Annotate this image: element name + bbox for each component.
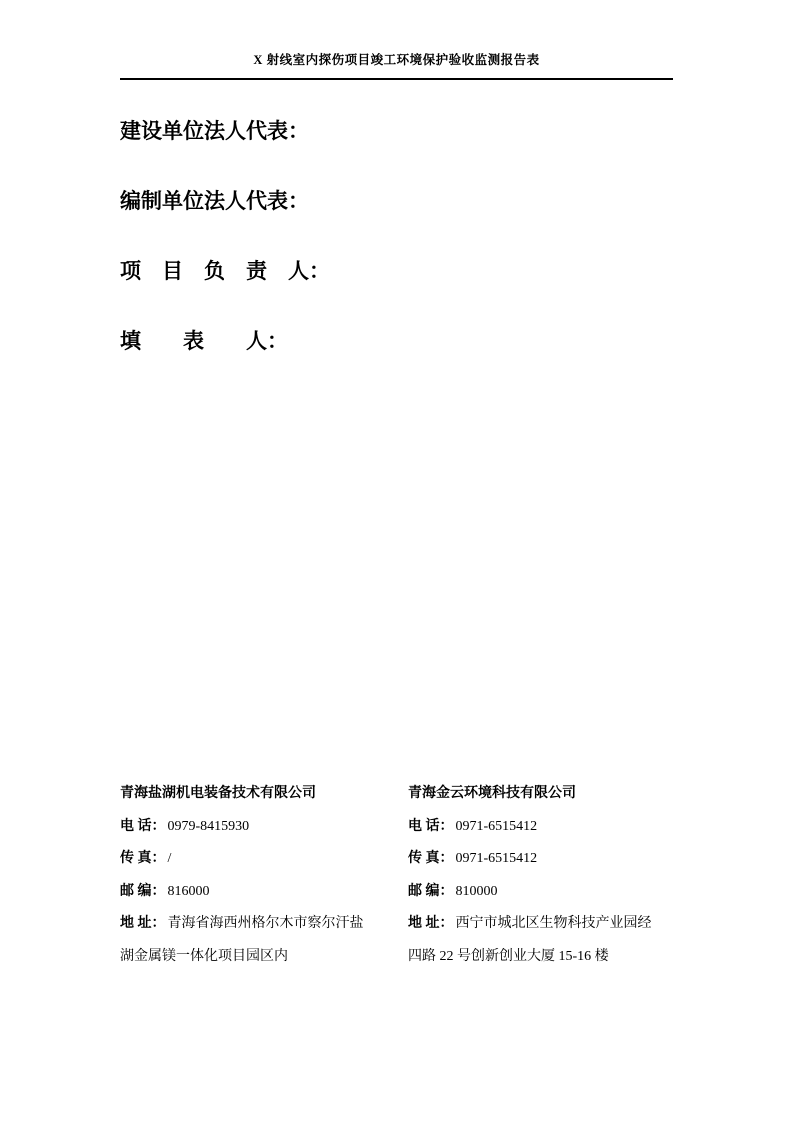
right-zip-label: 邮 编： (408, 884, 454, 899)
right-address-label: 地 址： (408, 916, 454, 931)
left-phone-label: 电 话： (120, 819, 166, 834)
project-leader-label: 项 目 负 责 人： (120, 260, 330, 283)
right-address-line1: 地 址：西宁市城北区生物科技产业园经 (408, 908, 678, 941)
right-fax-value: 0971-6515412 (456, 851, 538, 866)
contact-block-left: 青海盐湖机电装备技术有限公司 电 话：0979-8415930 传 真：/ 邮 … (120, 778, 406, 973)
left-company-name: 青海盐湖机电装备技术有限公司 (120, 778, 406, 811)
right-address-line2: 四路 22 号创新创业大厦 15-16 楼 (408, 941, 678, 974)
form-filler-label: 填 表 人： (120, 330, 330, 353)
left-address-label: 地 址： (120, 916, 166, 931)
left-zip-value: 816000 (168, 884, 210, 899)
left-fax-line: 传 真：/ (120, 843, 406, 876)
right-fax-label: 传 真： (408, 851, 454, 866)
left-fax-value: / (168, 851, 172, 866)
left-zip-label: 邮 编： (120, 884, 166, 899)
right-address-value-2: 四路 22 号创新创业大厦 15-16 楼 (408, 949, 609, 964)
signature-block: 建设单位法人代表： 编制单位法人代表： 项 目 负 责 人： 填 表 人： (120, 120, 330, 400)
document-page: X 射线室内探伤项目竣工环境保护验收监测报告表 建设单位法人代表： 编制单位法人… (0, 0, 793, 1122)
left-address-line1: 地 址：青海省海西州格尔木市察尔汗盐 (120, 908, 406, 941)
left-address-value-2: 湖金属镁一体化项目园区内 (120, 949, 288, 964)
right-company-name: 青海金云环境科技有限公司 (408, 778, 678, 811)
construction-legal-rep-label: 建设单位法人代表： (120, 120, 330, 143)
left-phone-value: 0979-8415930 (168, 819, 250, 834)
right-phone-value: 0971-6515412 (456, 819, 538, 834)
left-zip-line: 邮 编：816000 (120, 876, 406, 909)
left-address-value-1: 青海省海西州格尔木市察尔汗盐 (168, 916, 364, 931)
right-phone-label: 电 话： (408, 819, 454, 834)
left-phone-line: 电 话：0979-8415930 (120, 811, 406, 844)
contact-block-right: 青海金云环境科技有限公司 电 话：0971-6515412 传 真：0971-6… (408, 778, 678, 973)
left-fax-label: 传 真： (120, 851, 166, 866)
right-zip-line: 邮 编：810000 (408, 876, 678, 909)
right-fax-line: 传 真：0971-6515412 (408, 843, 678, 876)
compilation-legal-rep-label: 编制单位法人代表： (120, 190, 330, 213)
left-address-line2: 湖金属镁一体化项目园区内 (120, 941, 406, 974)
document-header: X 射线室内探伤项目竣工环境保护验收监测报告表 (120, 52, 673, 80)
document-header-title: X 射线室内探伤项目竣工环境保护验收监测报告表 (253, 53, 539, 67)
right-zip-value: 810000 (456, 884, 498, 899)
right-address-value-1: 西宁市城北区生物科技产业园经 (456, 916, 652, 931)
right-phone-line: 电 话：0971-6515412 (408, 811, 678, 844)
